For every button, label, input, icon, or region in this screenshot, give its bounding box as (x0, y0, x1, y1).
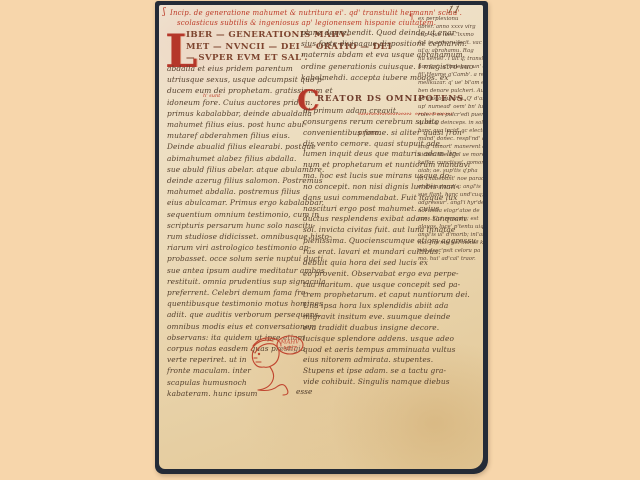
gloss-line: ben denare pulcheri. Aut (418, 87, 482, 95)
text-line: eo provenit. Observabat ergo eva perpe- (303, 269, 441, 280)
gloss-line: et d'eing'arat'q; angl'is (418, 183, 482, 191)
text-line: mahumet abdalla. postremus filius (167, 186, 319, 197)
text-line: mutaref abderahmen filius eius. (167, 130, 319, 141)
text-line: omnibus modis eius et conversationem (167, 321, 319, 332)
mahumet-face-drawing: MAHV MET (243, 333, 307, 397)
text-line: quentibusque testimonio motus homines (167, 298, 319, 309)
text-line: probasset. occe solum serie nuptui ducti (167, 253, 319, 264)
gloss-line: mo. hui' ad'cal' traor. (418, 255, 482, 263)
text-line: deinde azerug filius salomon. Postremus (167, 175, 319, 186)
text-line: abdalla et eius pridem parentum (167, 63, 319, 74)
rubric-line-2: scolasticus subtilis & ingeniosus ap' le… (177, 19, 436, 27)
text-line: lucisque splendore addens. usque adeo (303, 334, 441, 345)
gloss-line: ui'q; abrahamu. Rag (418, 47, 482, 55)
text-line: preferrent. Celebri demum fama fre- (167, 287, 319, 298)
text-line: Deinde abualid filius elearabi. postque (167, 141, 319, 152)
gloss-line: fol' in armoru fecit. vac (418, 39, 482, 47)
gloss-line: adgressur'. angl'i hyr'de (418, 199, 482, 207)
gloss-line: uol'untia elogr'atoe de (418, 207, 482, 215)
text-line: Una ipsa hora lux splendidis abiit ada (303, 301, 441, 312)
text-line: sequentium omnium testimonio, cum in (167, 209, 319, 220)
gloss-line: sup' qua luce. lxxmo (418, 31, 482, 39)
text-line: eius nitorem admirata. stupentes. (303, 355, 441, 366)
rubric-flourish-mark: ʃ (163, 7, 165, 17)
text-line: eva tradidit duabus insigne decore. (303, 323, 441, 334)
gloss-line: uicter. ube dl'ul ue more (418, 151, 482, 159)
manuscript-page: 11 ʃ Incip. de generatione mahumet & nut… (159, 5, 483, 469)
gloss-line: q; ait q; deinceps. in sol'o (418, 119, 482, 127)
gloss-line: keffar. cunctis q'. comorat' (418, 159, 482, 167)
text-line: adiit. que auditis verborum persequens. (167, 309, 319, 320)
gloss-paragraph-mark: ¶ (409, 13, 413, 21)
text-line: sue abuld filius abelar. atque abulambre… (167, 164, 319, 175)
text-line: scripturis persarum hunc solo nascitu- (167, 220, 319, 231)
marginal-gloss: ex perplexionuabrer. anno xxxv virgsup' … (418, 15, 482, 263)
gloss-line: hoc for'. q' halebar. un' de (418, 63, 482, 71)
gloss-line: sing' inmort' manerent a (418, 143, 482, 151)
text-line: quod et aeris tempus amminuata vultus (303, 345, 441, 356)
text-line: restituit. omnia prudentius sup signacul… (167, 276, 319, 287)
text-line: trem prophetarum. et caput nuntiorum dei… (303, 290, 441, 301)
gloss-line: sue flant. hanc und'cuq; (418, 191, 482, 199)
text-line: mahumet filius eius. post hunc abul- (167, 119, 319, 130)
gloss-line: nu kemel'. i ult'q; transl (418, 55, 482, 63)
gloss-line: glauos. luce' p'tentu uiq; (418, 223, 482, 231)
gloss-line: fil' Heume g'Camb'. a regib; (418, 71, 482, 79)
gloss-line: up' numead' oem' bn' luce (418, 103, 482, 111)
gloss-line: fil'. habebant' noe paradis (418, 175, 482, 183)
gloss-line: reu desc'psit celoru pa (418, 247, 482, 255)
text-line: eius abulcamar. Primus ergo kabalabbar. (167, 197, 319, 208)
text-line: vide cohibuit. Singulis namque diebus (303, 377, 441, 388)
bubble-label-line1: MAHV (280, 340, 301, 346)
gloss-line: mellkuzar. q' ue' bl'am eu (418, 79, 482, 87)
text-line: tua maritum. que usque concepit sed pa- (303, 280, 441, 291)
text-line: riarum viri astrologico testimonio ap- (167, 242, 319, 253)
gloss-line: angl'is ul' d'morib; inl'arum (418, 231, 482, 239)
gloss-line: ex perplexionu (418, 15, 482, 23)
text-line: abimahumet alabez filius abdalla. (167, 153, 319, 164)
gloss-line: qd' iusto pulch'a. Q' d'am (418, 95, 482, 103)
text-line: migravit insitum eve. suumque deinde (303, 312, 441, 323)
gloss-line: abrer. anno xxxv virg (418, 23, 482, 31)
bubble-label-line2: MET (282, 346, 298, 352)
gloss-line: mo. Jnp'mis kel'monte ks (418, 239, 482, 247)
manuscript-photo-frame: 11 ʃ Incip. de generatione mahumet & nut… (155, 1, 488, 474)
gloss-line: hanc qua lucid' ac electos (418, 127, 482, 135)
gloss-line: aiab; ae. sup'tis q'pha (418, 167, 482, 175)
text-line: Stupens et ipse adam. se a tactu gra- (303, 366, 441, 377)
text-line: sue antea ipsum audire meditatur ambos (167, 265, 319, 276)
gloss-line: spes. Cu' remou'q; est (418, 215, 482, 223)
gloss-line: mund' donec. respl'nd' anno (418, 135, 482, 143)
screenshot-stage: 11 ʃ Incip. de generatione mahumet & nut… (0, 0, 640, 480)
text-line: rum studiose didicisset. omnibusque hist… (167, 231, 319, 242)
gloss-line: rule. l' ex pulcr'edi pueroru (418, 111, 482, 119)
